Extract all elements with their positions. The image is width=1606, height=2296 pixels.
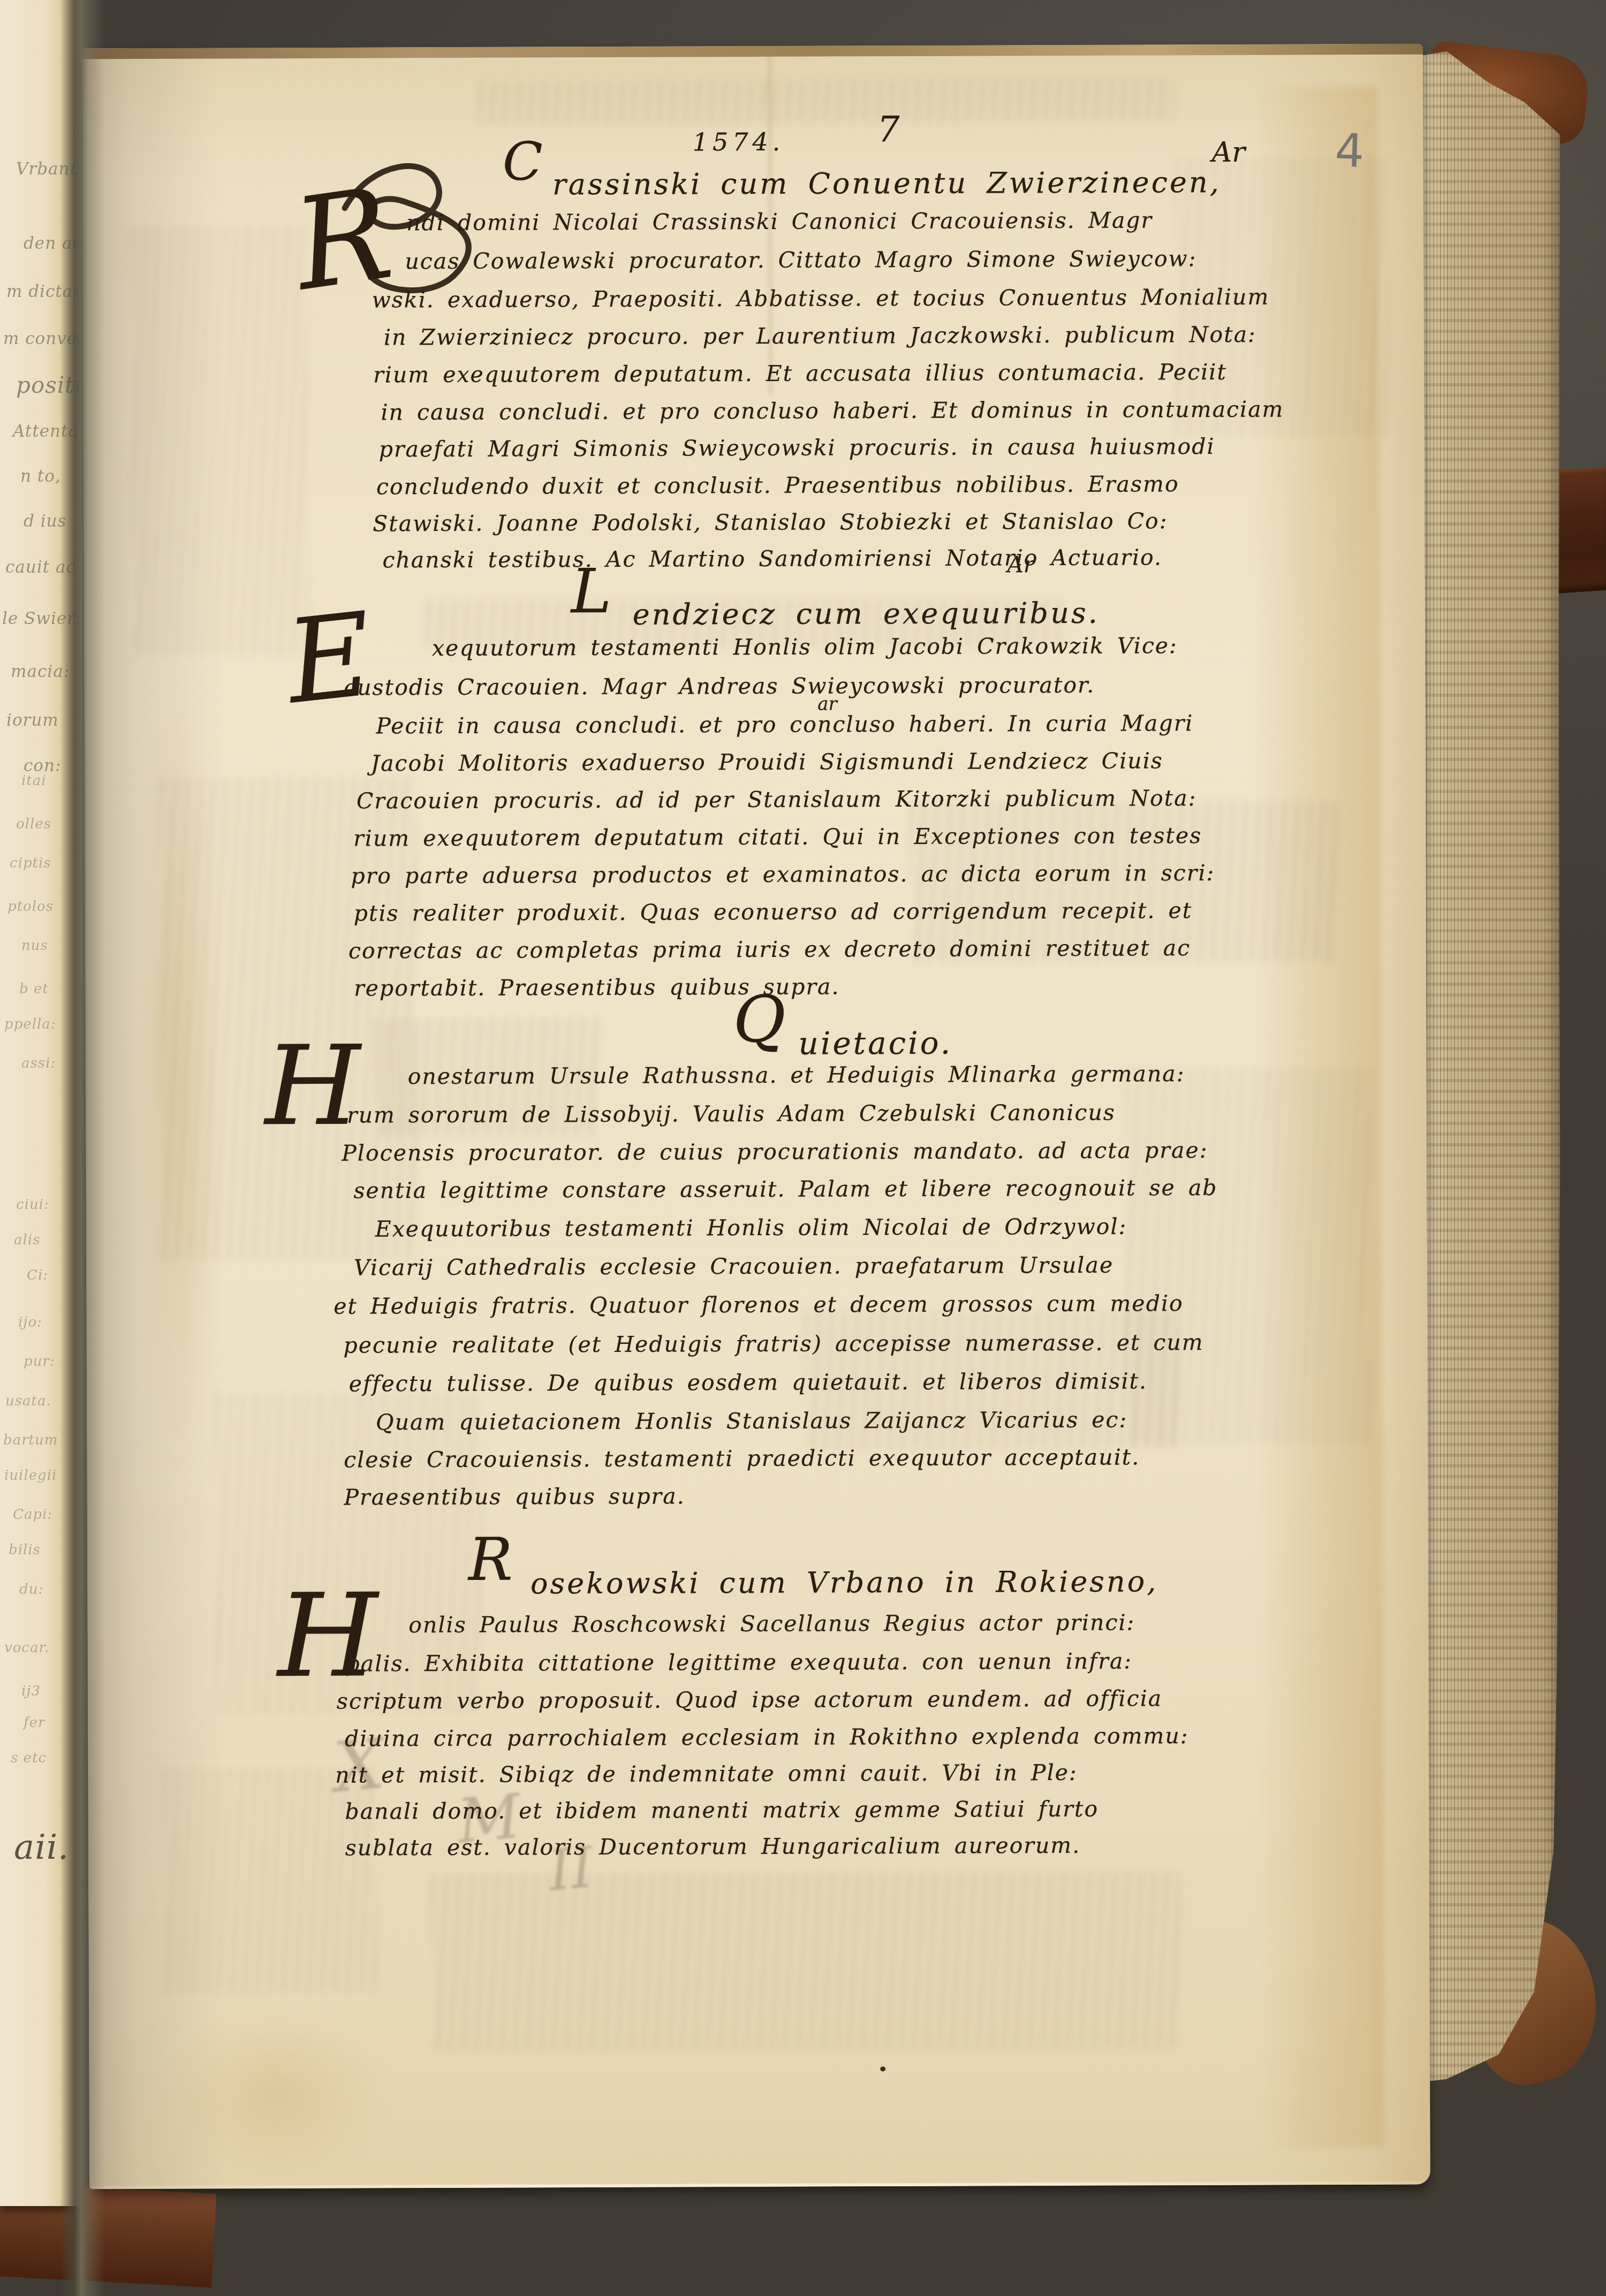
margin-note: ijo: [18,1314,42,1331]
margin-note: iorum [6,711,59,730]
manuscript-line: rium exequutorem deputatum citati. Qui i… [353,823,1202,852]
manuscript-line: rium exequutorem deputatum. Et accusata … [373,359,1227,388]
margin-note: ciptis [10,855,51,871]
manuscript-line: onestarum Ursule Rathussna. et Heduigis … [408,1061,1185,1089]
section-heading-initial: L [571,567,613,615]
manuscript-page: X M II 1574. 7 Ar 4 C rassinski cum Conu… [82,44,1430,2189]
manuscript-line: wski. exaduerso, Praepositi. Abbatisse. … [372,284,1270,313]
margin-note: s etc [11,1750,47,1766]
manuscript-line: Vicarij Cathedralis ecclesie Cracouien. … [354,1252,1113,1281]
margin-note: alis [14,1232,40,1248]
folio-number-ink: 7 [877,109,899,150]
marginal-ar-mark: Ar [1007,551,1034,577]
manuscript-line: banali domo. et ibidem manenti matrix ge… [345,1796,1099,1824]
margin-note: pur: [24,1354,55,1370]
manuscript-line: pro parte aduersa productos et examinato… [351,860,1215,889]
manuscript-line: rum sororum de Lissobyij. Vaulis Adam Cz… [347,1100,1116,1128]
margin-note: iuilegii [4,1468,57,1484]
ink-dot [880,2066,885,2071]
margin-note: positis [16,372,81,398]
manuscript-line: Jacobi Molitoris exaduerso Prouidi Sigis… [371,748,1163,776]
manuscript-line: diuina circa parrochialem ecclesiam in R… [345,1723,1189,1752]
section-heading: rassinski cum Conuentu Zwierzinecen, [552,165,1221,201]
manuscript-line: in Zwierziniecz procuro. per Laurentium … [384,322,1256,351]
manuscript-line: ptis realiter produxit. Quas econuerso a… [354,898,1193,926]
manuscript-line: Stawiski. Joanne Podolski, Stanislao Sto… [373,508,1168,536]
manuscript-line: Praesentibus quibus supra. [344,1483,685,1510]
manuscript-line: concludendo duxit et conclusit. Praesent… [376,471,1179,499]
manuscript-line: effectu tulisse. De quibus eosdem quieta… [349,1368,1147,1396]
margin-note: macia: [11,662,70,681]
manuscript-line: Cracouien procuris. ad id per Stanislaum… [357,785,1197,814]
manuscript-line: Plocensis procurator. de cuius procurati… [342,1137,1208,1166]
manuscript-line: Quam quietacionem Honlis Stanislaus Zaij… [376,1407,1127,1435]
manuscript-line: scriptum verbo proposuit. Quod ipse acto… [337,1685,1163,1714]
margin-note: Vrbanū [16,159,81,179]
paper-stain [164,2006,389,2183]
manuscript-line: pecunie realitate (et Heduigis fratris) … [343,1329,1203,1358]
corner-flourish-mark: Ar [1212,136,1246,169]
margin-note: ciui: [16,1197,49,1213]
show-through [478,79,1174,124]
manuscript-line: correctas ac completas prima iuris ex de… [349,935,1191,963]
margin-note: Attenta [13,422,79,441]
margin-note: den ac [24,234,81,253]
show-through [1124,1068,1372,1444]
margin-note: m conven: [3,329,81,348]
section-heading: osekowski cum Vrbano in Rokiesno, [531,1564,1158,1600]
margin-note: ij3 [21,1683,41,1699]
margin-note: usata. [5,1393,51,1409]
margin-note: Capi: [13,1507,52,1523]
show-through [431,1872,1181,2051]
manuscript-line: ndi domini Nicolai Crassinski Canonici C… [406,207,1153,235]
margin-note: ppella: [4,1016,56,1032]
manuscript-line: sublata est. valoris Ducentorum Hungaric… [345,1833,1081,1861]
margin-note: du: [19,1582,43,1598]
manuscript-line: nit et misit. Sibiqz de indemnitate omni… [335,1760,1078,1788]
paper-stain [1249,87,1384,2148]
manuscript-line: ucas Cowalewski procurator. Cittato Magr… [405,246,1196,274]
manuscript-photo-scene: Vrbanū den ac m dictas m conven: positis… [0,0,1606,2296]
margin-note: assi: [21,1055,56,1071]
section-heading: endziecz cum exequuribus. [633,596,1100,632]
margin-note: ptolos [7,899,54,915]
section-heading-initial: C [503,141,545,183]
show-through [131,226,309,655]
folio-number-pencil: 4 [1334,124,1365,178]
manuscript-line: onlis Paulus Roschcowski Sacellanus Regi… [408,1610,1135,1638]
manuscript-line: Exequutoribus testamenti Honlis olim Nic… [375,1214,1127,1242]
margin-note-large: aii. [14,1828,69,1867]
manuscript-line: Peciit in causa concludi. et pro conclus… [376,710,1193,739]
manuscript-line: xequutorum testamenti Honlis olim Jacobi… [432,633,1178,661]
manuscript-line: praefati Magri Simonis Swieycowski procu… [379,434,1215,462]
margin-note: m dictas [6,282,81,301]
margin-note: vocar. [4,1640,49,1656]
paper-stain [132,680,221,1483]
drop-cap: R [289,184,397,296]
margin-note: le Swier: [2,609,81,628]
section-heading-initial: R [468,1536,515,1583]
margin-note: d ius [24,512,67,531]
section-heading: uietacio. [798,1025,952,1062]
margin-note: fer [24,1715,45,1731]
previous-page-edge: Vrbanū den ac m dictas m conven: positis… [0,0,81,2206]
manuscript-line: in causa concludi. et pro concluso haber… [381,397,1284,425]
margin-note: itai [21,773,47,789]
manuscript-line: et Heduigis fratris. Quatuor florenos et… [334,1290,1184,1319]
margin-note: n to, [20,467,61,486]
margin-note: olles [16,816,51,832]
margin-note: cauit ac [5,558,76,577]
drop-cap: H [265,1043,361,1131]
margin-note: bilis [9,1542,41,1558]
margin-note: bartum [3,1432,58,1448]
margin-note: Ci: [27,1267,48,1283]
year-label: 1574. [693,127,785,157]
manuscript-line: sentia legittime constare asseruit. Pala… [353,1175,1217,1204]
margin-note: nus [21,938,48,954]
margin-note: b et [19,981,49,997]
section-heading-initial: Q [733,994,788,1046]
manuscript-line: custodis Cracouien. Magr Andreas Swieyco… [344,672,1095,701]
manuscript-line: palis. Exhibita cittatione legittime exe… [345,1648,1132,1677]
manuscript-line: clesie Cracouiensis. testamenti praedict… [344,1444,1140,1473]
manuscript-line: chanski testibus. Ac Martino Sandomirien… [382,544,1162,573]
